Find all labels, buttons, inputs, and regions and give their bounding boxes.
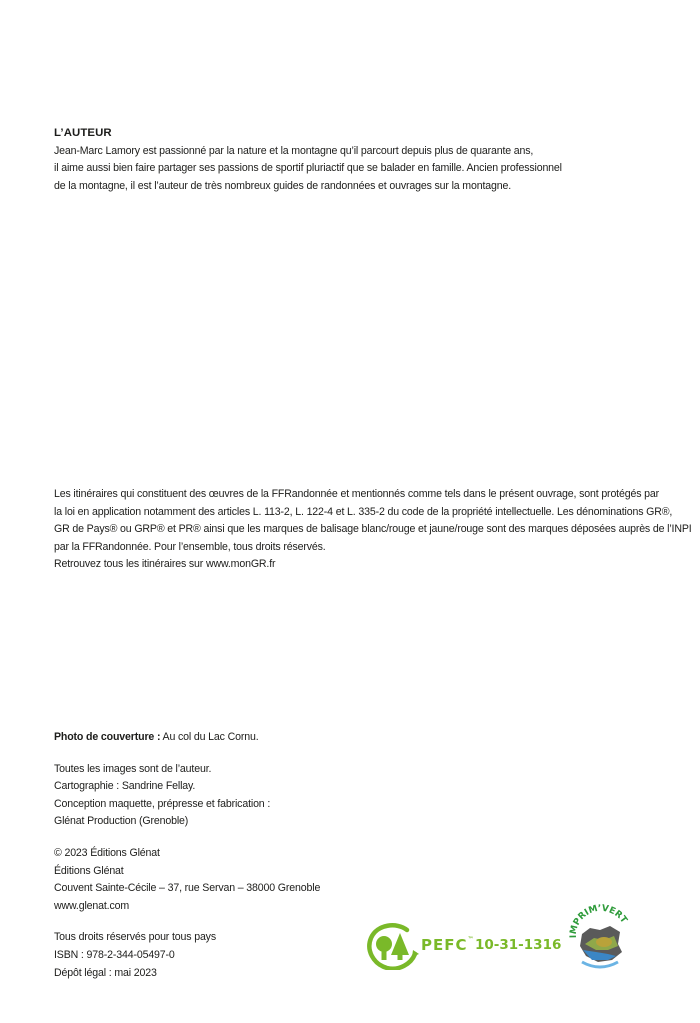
cartography-credit: Cartographie : Sandrine Fellay. bbox=[54, 778, 320, 796]
author-bio-line: Jean-Marc Lamory est passionné par la na… bbox=[54, 143, 562, 161]
images-credit: Toutes les images sont de l’auteur. bbox=[54, 761, 320, 779]
author-bio-line: il aime aussi bien faire partager ses pa… bbox=[54, 160, 562, 178]
legal-deposit: Dépôt légal : mai 2023 bbox=[54, 965, 320, 983]
publisher-address: Couvent Sainte-Cécile – 37, rue Servan –… bbox=[54, 880, 320, 898]
legal-line: Les itinéraires qui constituent des œuvr… bbox=[54, 486, 692, 504]
design-credit-value: Glénat Production (Grenoble) bbox=[54, 813, 320, 831]
cover-photo-credit: Photo de couverture : Au col du Lac Corn… bbox=[54, 729, 320, 747]
legal-notice-section: Les itinéraires qui constituent des œuvr… bbox=[54, 486, 692, 574]
imprimvert-badge-icon: IMPRIM’VERT bbox=[568, 904, 632, 974]
copyright: © 2023 Éditions Glénat bbox=[54, 845, 320, 863]
legal-line: Retrouvez tous les itinéraires sur www.m… bbox=[54, 556, 692, 574]
design-credit-label: Conception maquette, prépresse et fabric… bbox=[54, 796, 320, 814]
pefc-certification-number: 10-31-1316 bbox=[475, 937, 561, 953]
legal-line: la loi en application notamment des arti… bbox=[54, 504, 692, 522]
imprimvert-logo: IMPRIM’VERT bbox=[568, 904, 632, 974]
cover-photo-value: Au col du Lac Cornu. bbox=[160, 731, 258, 743]
author-heading: L’AUTEUR bbox=[54, 125, 562, 143]
pefc-logo: PEFC™ 10-31-1316 bbox=[367, 922, 557, 970]
publisher: Éditions Glénat bbox=[54, 863, 320, 881]
legal-line: GR de Pays® ou GRP® et PR® ainsi que les… bbox=[54, 521, 692, 539]
credits-section: Photo de couverture : Au col du Lac Corn… bbox=[54, 729, 320, 982]
cover-photo-label: Photo de couverture : bbox=[54, 731, 160, 743]
author-bio-line: de la montagne, il est l’auteur de très … bbox=[54, 178, 562, 196]
pefc-wordmark: PEFC™ bbox=[421, 936, 474, 954]
isbn: ISBN : 978-2-344-05497-0 bbox=[54, 947, 320, 965]
publisher-website: www.glenat.com bbox=[54, 898, 320, 916]
author-section: L’AUTEUR Jean-Marc Lamory est passionné … bbox=[54, 125, 562, 195]
pefc-trees-icon bbox=[367, 922, 419, 970]
rights-reserved: Tous droits réservés pour tous pays bbox=[54, 929, 320, 947]
legal-line: par la FFRandonnée. Pour l’ensemble, tou… bbox=[54, 539, 692, 557]
